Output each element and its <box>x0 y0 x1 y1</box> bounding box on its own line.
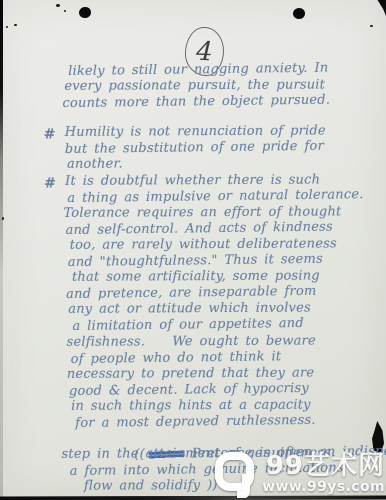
watermark-text: 99艺术网 www.99ys.com <box>262 453 385 495</box>
paragraph-tolerance: # It is doubtful whether there is such a… <box>65 171 375 431</box>
paragraph-marker: # <box>44 127 56 143</box>
paragraph-humility: # Humility is not renunciation of pride … <box>65 123 373 174</box>
watermark-site-name: 99艺术网 <box>266 453 385 480</box>
ink-speck <box>370 25 373 27</box>
ink-speck <box>14 24 17 26</box>
handwritten-text-block: likely to still our nagging anxiety. In … <box>64 61 376 496</box>
ink-speck <box>64 10 66 12</box>
manuscript-line: counts more than the object pursued. <box>62 92 372 112</box>
99ys-logo-icon <box>213 450 259 498</box>
scan-edge-top-right <box>376 0 386 16</box>
paragraph-anxiety: likely to still our nagging anxiety. In … <box>64 61 372 112</box>
ink-speck <box>6 26 8 28</box>
watermark-site-url: www.99ys.com <box>262 480 385 495</box>
watermark: 99艺术网 www.99ys.com <box>213 450 385 498</box>
ink-speck <box>2 217 4 220</box>
punch-hole-left <box>78 6 91 18</box>
punch-hole-right <box>293 8 306 20</box>
scan-edge-left <box>0 0 3 500</box>
paragraph-marker: # <box>44 175 56 191</box>
scanned-manuscript-page: 4 likely to still our nagging anxiety. I… <box>0 0 386 500</box>
ink-speck <box>56 4 60 7</box>
